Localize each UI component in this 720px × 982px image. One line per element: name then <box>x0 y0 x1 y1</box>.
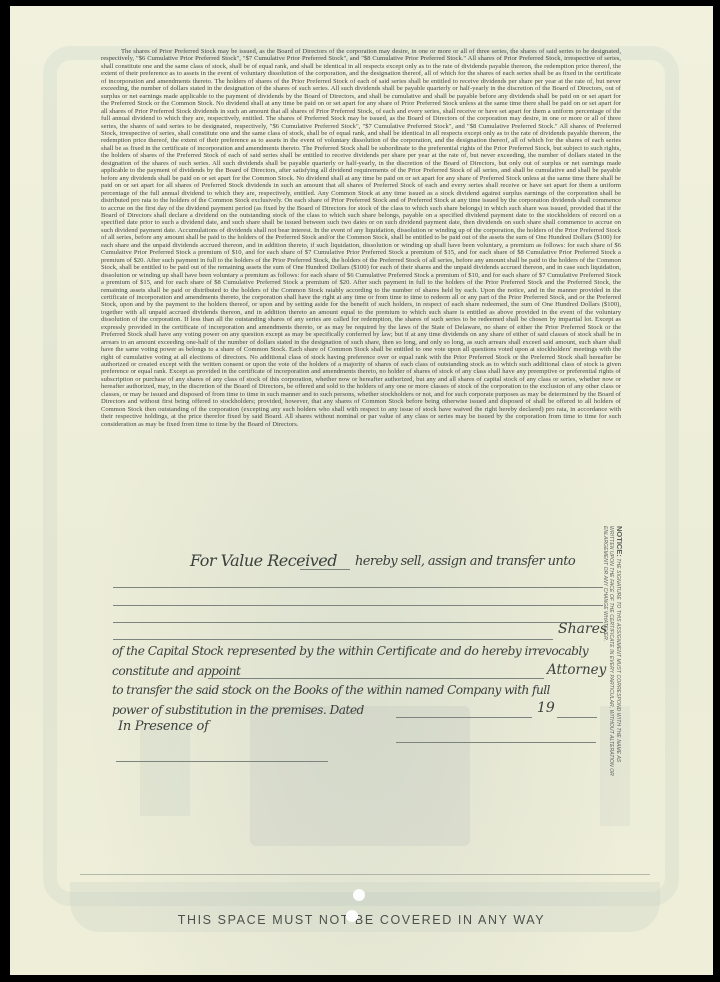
certificate-back: The shares of Prior Preferred Stock may … <box>10 6 713 975</box>
legal-text-block: The shares of Prior Preferred Stock may … <box>101 48 621 428</box>
punch-hole-1 <box>353 889 365 901</box>
constitute-appoint-label: constitute and appoint <box>112 664 240 678</box>
for-value-received-label: For Value Received <box>190 551 337 570</box>
capital-stock-text: of the Capital Stock represented by the … <box>112 644 588 658</box>
date-line[interactable] <box>396 717 532 718</box>
bottom-rule <box>80 874 650 875</box>
punch-hole-2 <box>346 910 358 922</box>
assignee-line-1[interactable] <box>113 587 603 588</box>
year-prefix: 19 <box>537 700 555 716</box>
footer-warning: THIS SPACE MUST NOT BE COVERED IN ANY WA… <box>10 913 713 927</box>
ghost-left-ornament <box>140 726 190 816</box>
shares-label: Shares <box>558 621 607 637</box>
attorney-name-line[interactable] <box>208 678 544 679</box>
in-presence-of-label: In Presence of <box>118 719 209 734</box>
signature-line[interactable] <box>396 742 596 743</box>
notice-heading: NOTICE: <box>615 526 624 557</box>
ghost-vignette-image <box>250 706 470 846</box>
assignee-line-2[interactable] <box>113 605 603 606</box>
hereby-sell-label: hereby sell, assign and transfer unto <box>355 554 575 569</box>
witness-line[interactable] <box>116 761 328 762</box>
notice-text: THE SIGNATURE TO THIS ASSIGNMENT MUST CO… <box>602 526 621 776</box>
assignee-line-3[interactable] <box>113 622 603 623</box>
shares-count-line[interactable] <box>113 639 553 640</box>
signature-notice: NOTICE: THE SIGNATURE TO THIS ASSIGNMENT… <box>601 526 622 776</box>
attorney-label: Attorney <box>547 662 606 678</box>
year-line[interactable] <box>557 717 597 718</box>
amount-blank-line[interactable] <box>300 569 350 570</box>
transfer-text: to transfer the said stock on the Books … <box>112 683 550 697</box>
power-substitution-label: power of substitution in the premises. D… <box>112 703 364 717</box>
